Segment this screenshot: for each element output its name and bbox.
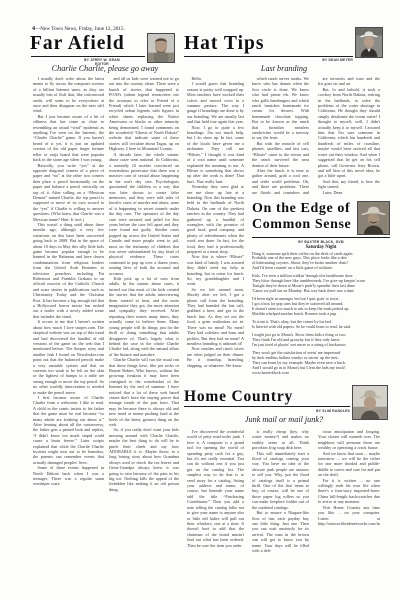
- cowboy-with-hat-portrait-icon: [358, 202, 389, 234]
- meyer-headshot-photo: [355, 27, 383, 58]
- masthead-text: —New Town News, Friday, June 12, 2015.: [35, 26, 125, 32]
- common-sense-byline: BY BAXTER BLACK, DVM: [252, 240, 390, 244]
- hat-tips-column-2: which ranch serves steaks. We know who h…: [252, 76, 309, 195]
- hat-tips-subtitle: Last branding: [187, 64, 381, 73]
- man-in-cowboy-hat-portrait-icon: [356, 28, 382, 57]
- newspaper-page: 4—New Town News, Friday, June 12, 2015. …: [0, 0, 400, 600]
- home-country-column-2: is really cheap (hey, why waste money?) …: [252, 429, 309, 566]
- home-country-subtitle: Junk mail or mail junk?: [187, 415, 381, 424]
- hat-tips-byline: BY DEAN MEYER: [253, 58, 353, 62]
- common-sense-subtitle: Saturday Night: [252, 245, 390, 250]
- far-afield-subtitle: Charlie Charlie, please go away: [31, 64, 179, 73]
- page-masthead: 4—New Town News, Friday, June 12, 2015.: [32, 25, 125, 32]
- home-country-rule: [184, 406, 350, 407]
- far-afield-title: Far Afield: [30, 34, 125, 54]
- home-country-byline: BY SLIM RANDLES: [250, 409, 350, 413]
- man-with-beard-portrait-icon: [148, 34, 174, 62]
- common-sense-poem: Dang it, someone spilt their coffee on t…: [252, 252, 392, 382]
- hat-tips-column-3: are terrorists and wars and the list goe…: [318, 76, 380, 195]
- home-country-column-3: cious anticipation and longing. Your clo…: [318, 429, 380, 566]
- kram-headshot-photo: [147, 33, 175, 63]
- hat-tips-title: Hat Tips: [184, 34, 264, 54]
- hat-tips-column-1: Hello,I would guess that branding season…: [187, 76, 244, 381]
- home-country-column-1: I've discovered the wonderful world of p…: [187, 429, 244, 566]
- common-sense-title-line1: On the Edge of: [252, 201, 351, 217]
- common-sense-title-line2: Common Sense: [252, 217, 351, 233]
- far-afield-column-1: I usually don't write about the latest m…: [33, 76, 104, 565]
- common-sense-rule: [252, 237, 390, 238]
- baxter-black-headshot-photo: [357, 201, 390, 235]
- far-afield-column-2: and all us kids were warned not to go ou…: [109, 76, 179, 565]
- home-country-title: Home Country: [184, 389, 293, 405]
- common-sense-title: On the Edge of Common Sense: [252, 201, 351, 232]
